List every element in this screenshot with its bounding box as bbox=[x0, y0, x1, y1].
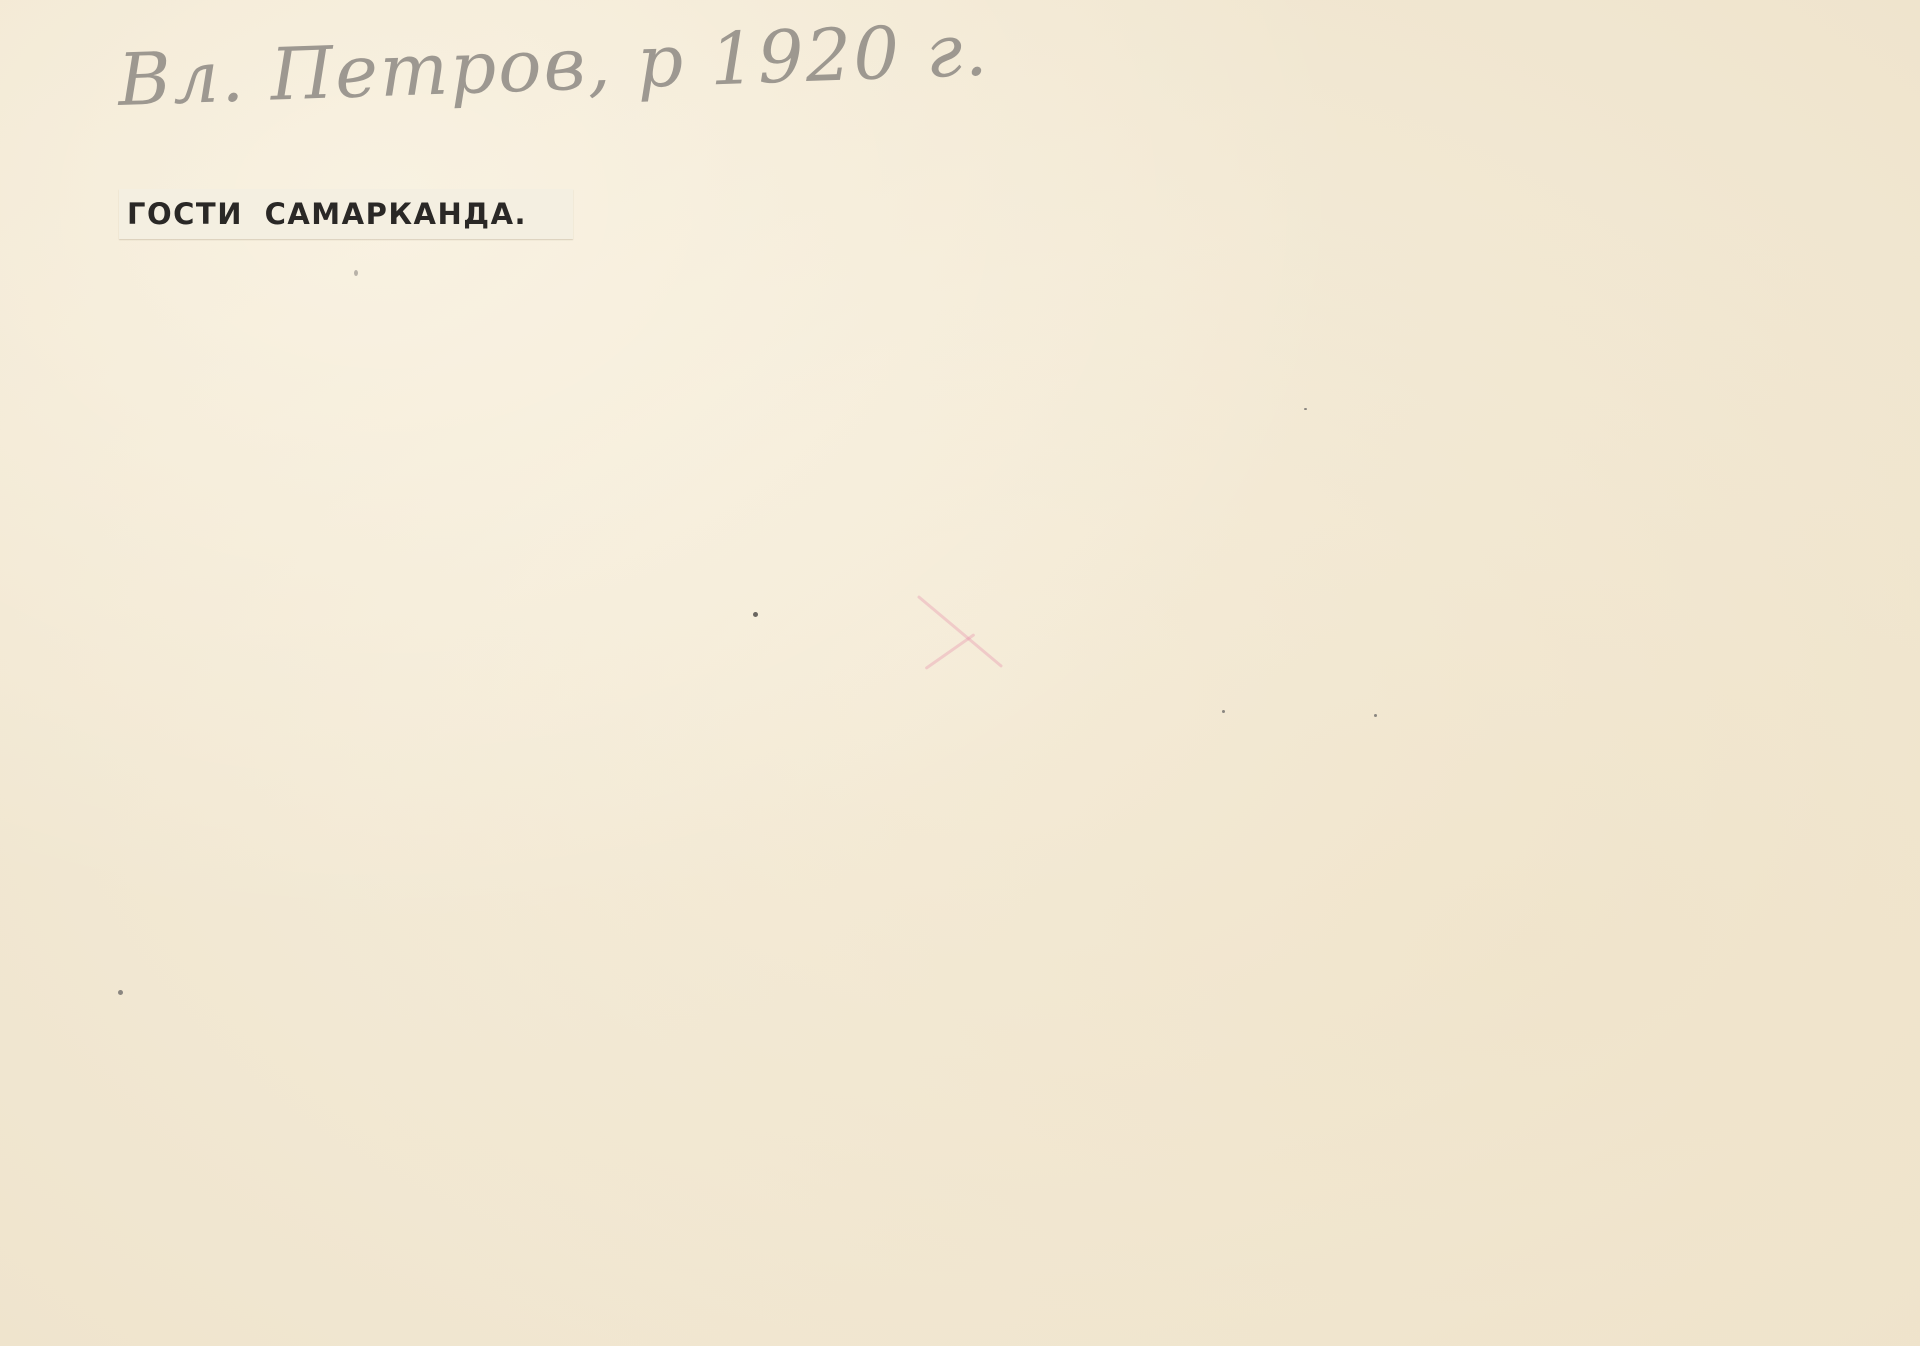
handwritten-author-note: Вл. Петров, р 1920 г. bbox=[117, 8, 991, 122]
postcard-back: Вл. Петров, р 1920 г. ГОСТИ САМАРКАНДА. bbox=[0, 0, 1920, 1346]
title-label-strip: ГОСТИ САМАРКАНДА. bbox=[119, 189, 573, 239]
paper-speck bbox=[1304, 408, 1307, 410]
title-label-text: ГОСТИ САМАРКАНДА. bbox=[127, 197, 527, 231]
paper-speck bbox=[118, 990, 123, 995]
paper-speck bbox=[1222, 710, 1225, 713]
paper-speck bbox=[354, 270, 358, 276]
faint-stamp-trace bbox=[925, 633, 976, 670]
paper-speck bbox=[753, 612, 758, 617]
paper-speck bbox=[1374, 714, 1377, 717]
faint-stamp-trace bbox=[917, 595, 1003, 668]
